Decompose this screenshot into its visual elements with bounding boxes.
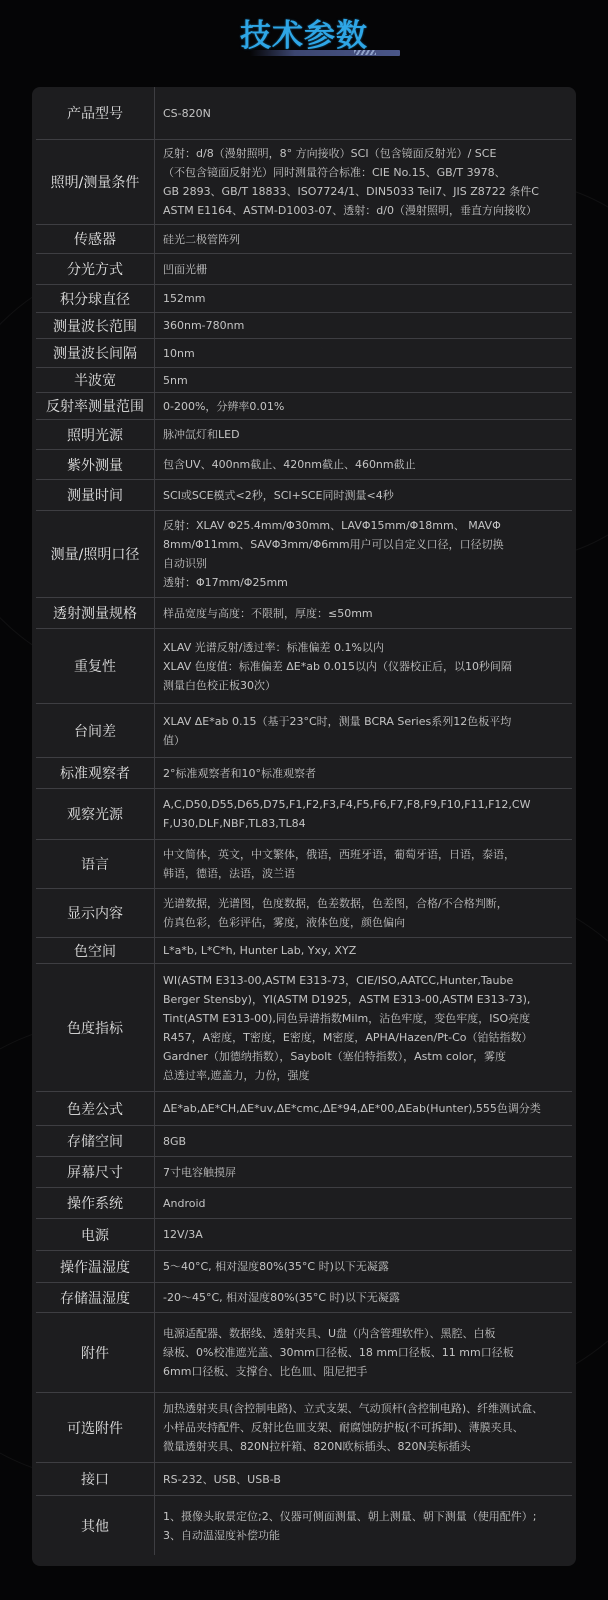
spec-label: 标准观察者 <box>36 758 155 788</box>
spec-value: 12V/3A <box>155 1219 572 1250</box>
spec-value-line: 绿板、0%校准遮光盖、30mm口径板、18 mm口径板、11 mm口径板 <box>163 1343 572 1362</box>
spec-row: 显示内容光谱数据，光谱图，色度数据，色差数据，色差图，合格/不合格判断，仿真色彩… <box>36 889 572 938</box>
spec-label: 操作系统 <box>36 1188 155 1218</box>
spec-label: 显示内容 <box>36 889 155 937</box>
spec-value-line: A,C,D50,D55,D65,D75,F1,F2,F3,F4,F5,F6,F7… <box>163 795 572 814</box>
spec-label: 屏幕尺寸 <box>36 1157 155 1187</box>
spec-value-line: ASTM E1164、ASTM-D1003-07、透射：d/0（漫射照明，垂直方… <box>163 201 572 220</box>
spec-value-line: 加热透射夹具(含控制电路)、立式支架、气动顶杆(含控制电路)、纤维测试盒、 <box>163 1399 572 1418</box>
spec-row: 电源12V/3A <box>36 1219 572 1251</box>
spec-value-line: Tint(ASTM E313-00),同色异谱指数Milm，沾色牢度，变色牢度，… <box>163 1009 572 1028</box>
spec-label: 可选附件 <box>36 1393 155 1462</box>
spec-value-line: 8mm/Φ11mm、SAVΦ3mm/Φ6mm用户可以自定义口径，口径切换 <box>163 535 572 554</box>
spec-row: 传感器硅光二极管阵列 <box>36 225 572 254</box>
spec-value-line: WI(ASTM E313-00,ASTM E313-73，CIE/ISO,AAT… <box>163 971 572 990</box>
spec-value-line: L*a*b, L*C*h, Hunter Lab, Yxy, XYZ <box>163 941 572 960</box>
spec-value: CS-820N <box>155 87 572 139</box>
spec-value-line: R457，A密度，T密度，E密度，M密度，APHA/Hazen/Pt-Co（铂钴… <box>163 1028 572 1047</box>
spec-label: 色空间 <box>36 938 155 963</box>
spec-row: 台间差XLAV ΔE*ab 0.15（基于23°C时，测量 BCRA Serie… <box>36 704 572 758</box>
spec-label: 照明光源 <box>36 420 155 449</box>
spec-row: 测量/照明口径反射：XLAV Φ25.4mm/Φ30mm、LAVΦ15mm/Φ1… <box>36 511 572 598</box>
spec-value-line: SCI或SCE模式<2秒，SCI+SCE同时测量<4秒 <box>163 486 572 505</box>
spec-value-line: 自动识别 <box>163 554 572 573</box>
page-title: 技术参数 <box>240 14 368 58</box>
spec-value-line: 透射：Φ17mm/Φ25mm <box>163 573 572 592</box>
spec-value-line: RS-232、USB、USB-B <box>163 1470 572 1489</box>
spec-value: 反射：XLAV Φ25.4mm/Φ30mm、LAVΦ15mm/Φ18mm、 MA… <box>155 511 572 597</box>
spec-value-line: 值） <box>163 731 572 750</box>
spec-label: 台间差 <box>36 704 155 757</box>
spec-label: 分光方式 <box>36 254 155 284</box>
spec-value: 包含UV、400nm截止、420nm截止、460nm截止 <box>155 450 572 479</box>
spec-value-line: 1、摄像头取景定位;2、仪器可侧面测量、朝上测量、朝下测量（使用配件）; <box>163 1507 572 1526</box>
spec-value: 2°标准观察者和10°标准观察者 <box>155 758 572 788</box>
spec-value: -20～45°C, 相对湿度80%(35°C 时)以下无凝露 <box>155 1283 572 1312</box>
spec-value: RS-232、USB、USB-B <box>155 1463 572 1495</box>
spec-value-line: 样品宽度与高度：不限制，厚度：≤50mm <box>163 604 572 623</box>
spec-value: 1、摄像头取景定位;2、仪器可侧面测量、朝上测量、朝下测量（使用配件）;3、自动… <box>155 1496 572 1555</box>
spec-value-line: Berger Stensby)，YI(ASTM D1925，ASTM E313-… <box>163 990 572 1009</box>
spec-row: 色差公式ΔE*ab,ΔE*CH,ΔE*uv,ΔE*cmc,ΔE*94,ΔE*00… <box>36 1092 572 1126</box>
spec-value-line: 0-200%，分辨率0.01% <box>163 397 572 416</box>
spec-row: 观察光源A,C,D50,D55,D65,D75,F1,F2,F3,F4,F5,F… <box>36 789 572 840</box>
spec-label: 半波宽 <box>36 368 155 392</box>
spec-value: 7寸电容触摸屏 <box>155 1157 572 1187</box>
spec-label: 观察光源 <box>36 789 155 839</box>
spec-value-line: 2°标准观察者和10°标准观察者 <box>163 764 572 783</box>
spec-value-line: 7寸电容触摸屏 <box>163 1163 572 1182</box>
spec-row: 存储温湿度-20～45°C, 相对湿度80%(35°C 时)以下无凝露 <box>36 1283 572 1313</box>
spec-value: 中文简体，英文，中文繁体，俄语，西班牙语，葡萄牙语，日语，泰语，韩语，德语，法语… <box>155 840 572 888</box>
spec-value: SCI或SCE模式<2秒，SCI+SCE同时测量<4秒 <box>155 480 572 510</box>
spec-value-line: Gardner（加德纳指数），Saybolt（塞伯特指数），Astm color… <box>163 1047 572 1066</box>
title-stripes-decoration <box>354 50 376 55</box>
spec-row: 色空间L*a*b, L*C*h, Hunter Lab, Yxy, XYZ <box>36 938 572 964</box>
spec-value: 凹面光栅 <box>155 254 572 284</box>
spec-value-line: 6mm口径板、支撑台、比色皿、阻尼把手 <box>163 1362 572 1381</box>
spec-value: 反射：d/8（漫射照明，8° 方向接收）SCI（包含镜面反射光）/ SCE（不包… <box>155 140 572 224</box>
spec-label: 积分球直径 <box>36 285 155 312</box>
spec-label: 测量波长范围 <box>36 313 155 338</box>
spec-value-line: 5nm <box>163 371 572 390</box>
spec-row: 操作系统Android <box>36 1188 572 1219</box>
spec-label: 测量时间 <box>36 480 155 510</box>
spec-row: 透射测量规格样品宽度与高度：不限制，厚度：≤50mm <box>36 598 572 629</box>
spec-label: 重复性 <box>36 629 155 703</box>
spec-row: 标准观察者2°标准观察者和10°标准观察者 <box>36 758 572 789</box>
spec-label: 电源 <box>36 1219 155 1250</box>
spec-value-line: 硅光二极管阵列 <box>163 230 572 249</box>
spec-label: 语言 <box>36 840 155 888</box>
spec-value-line: 反射：d/8（漫射照明，8° 方向接收）SCI（包含镜面反射光）/ SCE <box>163 144 572 163</box>
spec-value: 5～40°C, 相对湿度80%(35°C 时)以下无凝露 <box>155 1251 572 1282</box>
spec-row: 接口RS-232、USB、USB-B <box>36 1463 572 1496</box>
spec-value-line: 总透过率,遮盖力，力份，强度 <box>163 1066 572 1085</box>
spec-row: 照明光源脉冲氙灯和LED <box>36 420 572 450</box>
spec-value-line: 仿真色彩，色彩评估，雾度，液体色度，颜色偏向 <box>163 913 572 932</box>
spec-label: 操作温湿度 <box>36 1251 155 1282</box>
spec-row: 紫外测量包含UV、400nm截止、420nm截止、460nm截止 <box>36 450 572 480</box>
spec-row: 半波宽5nm <box>36 368 572 393</box>
spec-value-line: 电源适配器、数据线、透射夹具、U盘（内含管理软件）、黑腔、白板 <box>163 1324 572 1343</box>
spec-label: 透射测量规格 <box>36 598 155 628</box>
page-header: 技术参数 <box>0 14 608 64</box>
spec-value: 硅光二极管阵列 <box>155 225 572 253</box>
spec-value-line: 韩语，德语，法语，波兰语 <box>163 864 572 883</box>
spec-value-line: XLAV ΔE*ab 0.15（基于23°C时，测量 BCRA Series系列… <box>163 712 572 731</box>
spec-value-line: 360nm-780nm <box>163 316 572 335</box>
spec-value-line: （不包含镜面反射光）同时测量符合标准：CIE No.15、GB/T 3978、 <box>163 163 572 182</box>
spec-value-line: 10nm <box>163 344 572 363</box>
spec-label: 测量波长间隔 <box>36 339 155 367</box>
spec-value-line: 光谱数据，光谱图，色度数据，色差数据，色差图，合格/不合格判断， <box>163 894 572 913</box>
spec-label: 接口 <box>36 1463 155 1495</box>
spec-value-line: 包含UV、400nm截止、420nm截止、460nm截止 <box>163 455 572 474</box>
spec-value: 脉冲氙灯和LED <box>155 420 572 449</box>
spec-value: ΔE*ab,ΔE*CH,ΔE*uv,ΔE*cmc,ΔE*94,ΔE*00,ΔEa… <box>155 1092 572 1125</box>
spec-value-line: 152mm <box>163 289 572 308</box>
spec-value-line: -20～45°C, 相对湿度80%(35°C 时)以下无凝露 <box>163 1288 572 1307</box>
spec-label: 附件 <box>36 1313 155 1392</box>
spec-label: 产品型号 <box>36 87 155 139</box>
spec-value: 360nm-780nm <box>155 313 572 338</box>
spec-row: 反射率测量范围0-200%，分辨率0.01% <box>36 393 572 420</box>
spec-row: 测量时间SCI或SCE模式<2秒，SCI+SCE同时测量<4秒 <box>36 480 572 511</box>
spec-value: Android <box>155 1188 572 1218</box>
spec-label: 存储温湿度 <box>36 1283 155 1312</box>
spec-value: XLAV ΔE*ab 0.15（基于23°C时，测量 BCRA Series系列… <box>155 704 572 757</box>
spec-value-line: XLAV 色度值：标准偏差 ΔE*ab 0.015以内（仪器校正后，以10秒间隔 <box>163 657 572 676</box>
spec-row: 分光方式凹面光栅 <box>36 254 572 285</box>
spec-value: 样品宽度与高度：不限制，厚度：≤50mm <box>155 598 572 628</box>
spec-value: 0-200%，分辨率0.01% <box>155 393 572 419</box>
spec-value: XLAV 光谱反射/透过率：标准偏差 0.1%以内XLAV 色度值：标准偏差 Δ… <box>155 629 572 703</box>
spec-value-line: F,U30,DLF,NBF,TL83,TL84 <box>163 814 572 833</box>
spec-label: 其他 <box>36 1496 155 1555</box>
spec-value: 8GB <box>155 1126 572 1156</box>
spec-label: 色差公式 <box>36 1092 155 1125</box>
spec-value-line: 12V/3A <box>163 1225 572 1244</box>
spec-value: 加热透射夹具(含控制电路)、立式支架、气动顶杆(含控制电路)、纤维测试盒、小样品… <box>155 1393 572 1462</box>
spec-value-line: 3、自动温湿度补偿功能 <box>163 1526 572 1545</box>
spec-value-line: 反射：XLAV Φ25.4mm/Φ30mm、LAVΦ15mm/Φ18mm、 MA… <box>163 516 572 535</box>
page-title-text: 技术参数 <box>240 18 368 54</box>
spec-value-line: 小样品夹持配件、反射比色皿支架、耐腐蚀防护板(不可拆卸)、薄膜夹具、 <box>163 1418 572 1437</box>
spec-value-line: 凹面光栅 <box>163 260 572 279</box>
spec-value: WI(ASTM E313-00,ASTM E313-73，CIE/ISO,AAT… <box>155 964 572 1091</box>
spec-row: 测量波长间隔10nm <box>36 339 572 368</box>
spec-row: 其他1、摄像头取景定位;2、仪器可侧面测量、朝上测量、朝下测量（使用配件）;3、… <box>36 1496 572 1555</box>
spec-value-line: 中文简体，英文，中文繁体，俄语，西班牙语，葡萄牙语，日语，泰语， <box>163 845 572 864</box>
spec-value: A,C,D50,D55,D65,D75,F1,F2,F3,F4,F5,F6,F7… <box>155 789 572 839</box>
spec-label: 紫外测量 <box>36 450 155 479</box>
spec-row: 色度指标WI(ASTM E313-00,ASTM E313-73，CIE/ISO… <box>36 964 572 1092</box>
spec-row: 语言中文简体，英文，中文繁体，俄语，西班牙语，葡萄牙语，日语，泰语，韩语，德语，… <box>36 840 572 889</box>
spec-row: 可选附件加热透射夹具(含控制电路)、立式支架、气动顶杆(含控制电路)、纤维测试盒… <box>36 1393 572 1463</box>
spec-value: 电源适配器、数据线、透射夹具、U盘（内含管理软件）、黑腔、白板绿板、0%校准遮光… <box>155 1313 572 1392</box>
spec-label: 测量/照明口径 <box>36 511 155 597</box>
title-underline-decoration <box>250 50 400 56</box>
spec-value-line: ΔE*ab,ΔE*CH,ΔE*uv,ΔE*cmc,ΔE*94,ΔE*00,ΔEa… <box>163 1099 572 1118</box>
spec-value-line: CS-820N <box>163 104 572 123</box>
spec-value-line: 脉冲氙灯和LED <box>163 425 572 444</box>
spec-row: 屏幕尺寸7寸电容触摸屏 <box>36 1157 572 1188</box>
spec-value: 5nm <box>155 368 572 392</box>
spec-value: 光谱数据，光谱图，色度数据，色差数据，色差图，合格/不合格判断，仿真色彩，色彩评… <box>155 889 572 937</box>
spec-value-line: 测量白色校正板30次） <box>163 676 572 695</box>
spec-value-line: 微量透射夹具、820N拉杆箱、820N欧标插头、820N美标插头 <box>163 1437 572 1456</box>
spec-row: 测量波长范围360nm-780nm <box>36 313 572 339</box>
spec-value: 10nm <box>155 339 572 367</box>
spec-label: 存储空间 <box>36 1126 155 1156</box>
spec-label: 色度指标 <box>36 964 155 1091</box>
spec-value-line: Android <box>163 1194 572 1213</box>
spec-label: 反射率测量范围 <box>36 393 155 419</box>
spec-label: 传感器 <box>36 225 155 253</box>
spec-label: 照明/测量条件 <box>36 140 155 224</box>
spec-row: 操作温湿度5～40°C, 相对湿度80%(35°C 时)以下无凝露 <box>36 1251 572 1283</box>
spec-value: 152mm <box>155 285 572 312</box>
spec-row: 产品型号CS-820N <box>36 87 572 140</box>
spec-value-line: GB 2893、GB/T 18833、ISO7724/1、DIN5033 Tei… <box>163 182 572 201</box>
spec-row: 附件电源适配器、数据线、透射夹具、U盘（内含管理软件）、黑腔、白板绿板、0%校准… <box>36 1313 572 1393</box>
spec-row: 照明/测量条件反射：d/8（漫射照明，8° 方向接收）SCI（包含镜面反射光）/… <box>36 140 572 225</box>
spec-row: 积分球直径152mm <box>36 285 572 313</box>
spec-value: L*a*b, L*C*h, Hunter Lab, Yxy, XYZ <box>155 938 572 963</box>
spec-table: 产品型号CS-820N照明/测量条件反射：d/8（漫射照明，8° 方向接收）SC… <box>32 87 576 1566</box>
spec-row: 存储空间8GB <box>36 1126 572 1157</box>
spec-row: 重复性XLAV 光谱反射/透过率：标准偏差 0.1%以内XLAV 色度值：标准偏… <box>36 629 572 704</box>
spec-value-line: XLAV 光谱反射/透过率：标准偏差 0.1%以内 <box>163 638 572 657</box>
spec-value-line: 8GB <box>163 1132 572 1151</box>
spec-value-line: 5～40°C, 相对湿度80%(35°C 时)以下无凝露 <box>163 1257 572 1276</box>
